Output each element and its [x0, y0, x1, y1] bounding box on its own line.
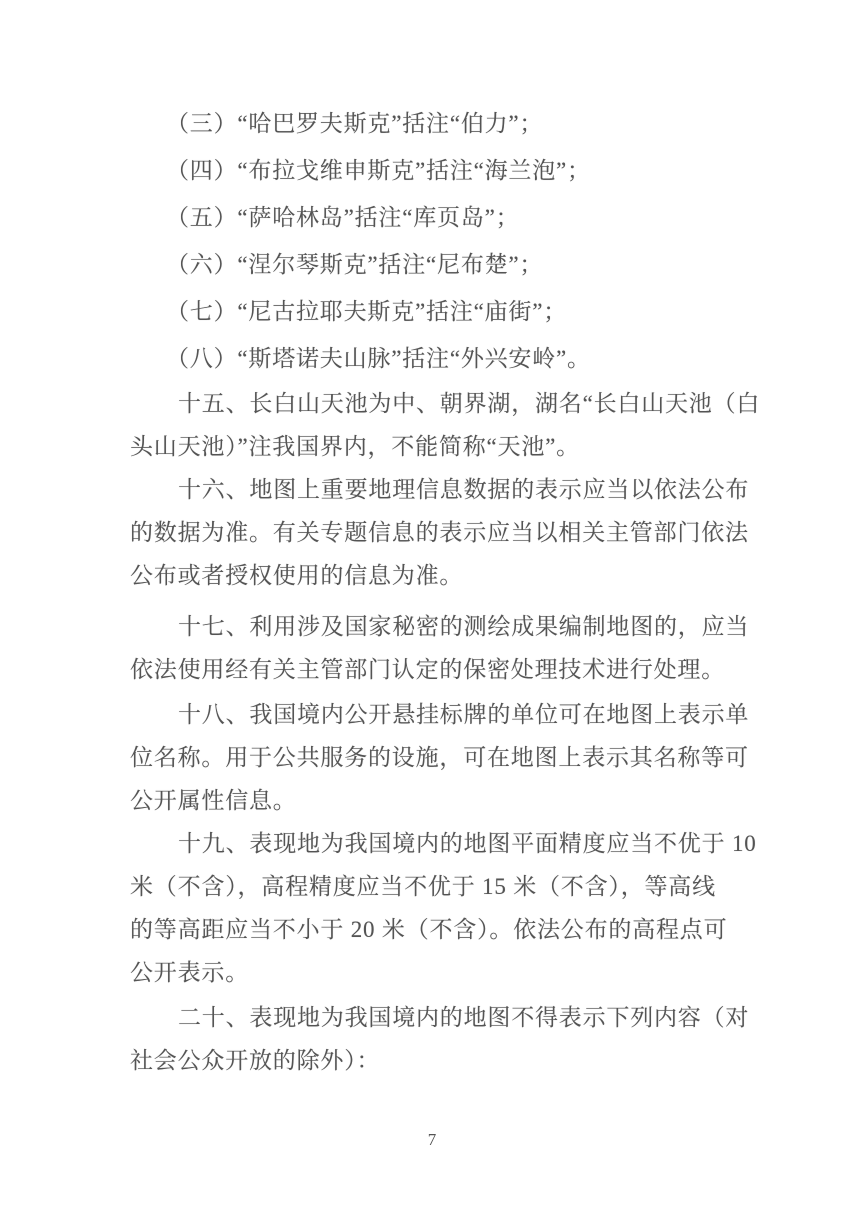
text-line: 米（不含），高程精度应当不优于 15 米（不含），等高线 [130, 865, 750, 908]
text-line: 头山天池）”注我国界内，不能简称“天池”。 [130, 425, 750, 468]
text-line: 的等高距应当不小于 20 米（不含）。依法公布的高程点可 [130, 908, 750, 951]
text-line: 社会公众开放的除外）： [130, 1039, 750, 1082]
text-line: 十八、我国境内公开悬挂标牌的单位可在地图上表示单 [130, 693, 750, 736]
text-line: 十五、长白山天池为中、朝界湖，湖名“长白山天池（白 [130, 382, 750, 425]
text-line: （六）“涅尔琴斯克”括注“尼布楚”； [130, 241, 750, 288]
document-page: （三）“哈巴罗夫斯克”括注“伯力”；（四）“布拉戈维申斯克”括注“海兰泡”；（五… [0, 0, 864, 1221]
list-item: （四）“布拉戈维申斯克”括注“海兰泡”； [130, 147, 750, 194]
paragraph: 十八、我国境内公开悬挂标牌的单位可在地图上表示单位名称。用于公共服务的设施，可在… [130, 693, 750, 822]
text-line: 十六、地图上重要地理信息数据的表示应当以依法公布 [130, 468, 750, 511]
text-line: （五）“萨哈林岛”括注“库页岛”； [130, 194, 750, 241]
list-item: （三）“哈巴罗夫斯克”括注“伯力”； [130, 100, 750, 147]
text-line: （四）“布拉戈维申斯克”括注“海兰泡”； [130, 147, 750, 194]
paragraph: 十五、长白山天池为中、朝界湖，湖名“长白山天池（白头山天池）”注我国界内，不能简… [130, 382, 750, 468]
text-line: 十九、表现地为我国境内的地图平面精度应当不优于 10 [130, 822, 750, 865]
text-line: （三）“哈巴罗夫斯克”括注“伯力”； [130, 100, 750, 147]
text-line: （七）“尼古拉耶夫斯克”括注“庙街”； [130, 288, 750, 335]
page-number: 7 [0, 1130, 864, 1150]
document-text: （三）“哈巴罗夫斯克”括注“伯力”；（四）“布拉戈维申斯克”括注“海兰泡”；（五… [130, 100, 750, 1082]
text-line: 十七、利用涉及国家秘密的测绘成果编制地图的，应当 [130, 605, 750, 648]
text-line: 公开属性信息。 [130, 779, 750, 822]
list-item: （七）“尼古拉耶夫斯克”括注“庙街”； [130, 288, 750, 335]
paragraph: 二十、表现地为我国境内的地图不得表示下列内容（对社会公众开放的除外）： [130, 996, 750, 1082]
paragraph: 十七、利用涉及国家秘密的测绘成果编制地图的，应当依法使用经有关主管部门认定的保密… [130, 605, 750, 691]
list-item: （八）“斯塔诺夫山脉”括注“外兴安岭”。 [130, 335, 750, 382]
list-item: （五）“萨哈林岛”括注“库页岛”； [130, 194, 750, 241]
list-item: （六）“涅尔琴斯克”括注“尼布楚”； [130, 241, 750, 288]
text-line: 依法使用经有关主管部门认定的保密处理技术进行处理。 [130, 648, 750, 691]
text-line: 公布或者授权使用的信息为准。 [130, 554, 750, 597]
text-line: 的数据为准。有关专题信息的表示应当以相关主管部门依法 [130, 511, 750, 554]
paragraph: 十九、表现地为我国境内的地图平面精度应当不优于 10米（不含），高程精度应当不优… [130, 822, 750, 994]
paragraph: 十六、地图上重要地理信息数据的表示应当以依法公布的数据为准。有关专题信息的表示应… [130, 468, 750, 597]
text-line: 二十、表现地为我国境内的地图不得表示下列内容（对 [130, 996, 750, 1039]
text-line: （八）“斯塔诺夫山脉”括注“外兴安岭”。 [130, 335, 750, 382]
text-line: 位名称。用于公共服务的设施，可在地图上表示其名称等可 [130, 736, 750, 779]
text-line: 公开表示。 [130, 951, 750, 994]
